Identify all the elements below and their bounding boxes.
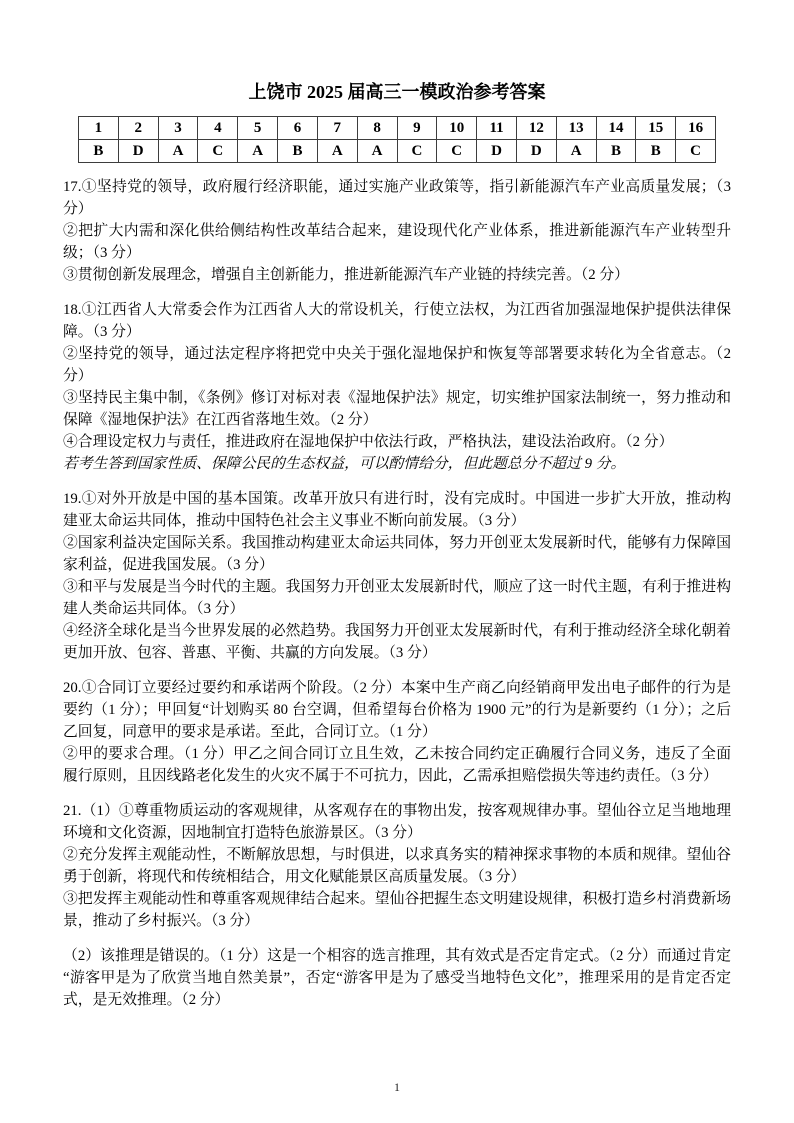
question-number-cell: 3 — [158, 117, 198, 140]
question-number-cell: 1 — [79, 117, 119, 140]
question-number-cell: 2 — [118, 117, 158, 140]
answer-cell: D — [118, 140, 158, 163]
question-number-cell: 6 — [278, 117, 318, 140]
answer-paragraph: 21.（1）①尊重物质运动的客观规律，从客观存在的事物出发，按客观规律办事。望仙… — [63, 800, 731, 844]
question-number-row: 1 2 3 4 5 6 7 8 9 10 11 12 13 14 15 16 — [79, 117, 716, 140]
answer-key-table: 1 2 3 4 5 6 7 8 9 10 11 12 13 14 15 16 — [78, 116, 716, 163]
answer-cell: A — [158, 140, 198, 163]
grading-note: 若考生答到国家性质、保障公民的生态权益，可以酌情给分，但此题总分不超过 9 分。 — [63, 453, 731, 475]
answer-paragraph: ④合理设定权力与责任，推进政府在湿地保护中依法行政，严格执法，建设法治政府。（2… — [63, 431, 731, 453]
question-number-cell: 9 — [397, 117, 437, 140]
answer-cell: B — [636, 140, 676, 163]
answer-cell: B — [278, 140, 318, 163]
answer-paragraph: （2）该推理是错误的。（1 分）这是一个相容的选言推理，其有效式是否定肯定式。（… — [63, 945, 731, 1011]
question-21-part1-answer: 21.（1）①尊重物质运动的客观规律，从客观存在的事物出发，按客观规律办事。望仙… — [63, 800, 731, 932]
answer-cell: C — [198, 140, 238, 163]
question-number-cell: 7 — [317, 117, 357, 140]
page-title: 上饶市 2025 届高三一模政治参考答案 — [63, 80, 731, 104]
answer-cell: C — [676, 140, 716, 163]
answer-paragraph: ②坚持党的领导，通过法定程序将把党中央关于强化湿地保护和恢复等部署要求转化为全省… — [63, 343, 731, 387]
answer-cell: A — [238, 140, 278, 163]
page-number: 1 — [0, 1080, 794, 1095]
question-number-cell: 4 — [198, 117, 238, 140]
question-number-cell: 11 — [477, 117, 517, 140]
question-number-cell: 5 — [238, 117, 278, 140]
answer-cell: A — [317, 140, 357, 163]
question-number-cell: 13 — [556, 117, 596, 140]
question-19-answer: 19.①对外开放是中国的基本国策。改革开放只有进行时，没有完成时。中国进一步扩大… — [63, 488, 731, 664]
page-content: 上饶市 2025 届高三一模政治参考答案 1 2 3 4 5 6 7 8 9 1… — [0, 0, 794, 1011]
question-number-cell: 15 — [636, 117, 676, 140]
answer-paragraph: 20.①合同订立要经过要约和承诺两个阶段。（2 分）本案中生产商乙向经销商甲发出… — [63, 677, 731, 743]
answer-paragraph: ③贯彻创新发展理念，增强自主创新能力，推进新能源汽车产业链的持续完善。（2 分） — [63, 264, 731, 286]
question-number-cell: 14 — [596, 117, 636, 140]
answer-letter-row: B D A C A B A A C C D D A B B C — [79, 140, 716, 163]
answer-paragraph: ④经济全球化是当今世界发展的必然趋势。我国努力开创亚太发展新时代，有利于推动经济… — [63, 620, 731, 664]
answer-cell: C — [437, 140, 477, 163]
answer-paragraph: ②把扩大内需和深化供给侧结构性改革结合起来，建设现代化产业体系，推进新能源汽车产… — [63, 220, 731, 264]
answer-cell: A — [357, 140, 397, 163]
document-page: 上饶市 2025 届高三一模政治参考答案 1 2 3 4 5 6 7 8 9 1… — [0, 0, 794, 1123]
question-20-answer: 20.①合同订立要经过要约和承诺两个阶段。（2 分）本案中生产商乙向经销商甲发出… — [63, 677, 731, 787]
answer-paragraph: ②国家利益决定国际关系。我国推动构建亚太命运共同体，努力开创亚太发展新时代，能够… — [63, 532, 731, 576]
answer-paragraph: 17.①坚持党的领导，政府履行经济职能，通过实施产业政策等，指引新能源汽车产业高… — [63, 176, 731, 220]
answer-paragraph: 19.①对外开放是中国的基本国策。改革开放只有进行时，没有完成时。中国进一步扩大… — [63, 488, 731, 532]
answer-paragraph: 18.①江西省人大常委会作为江西省人大的常设机关，行使立法权，为江西省加强湿地保… — [63, 299, 731, 343]
question-18-answer: 18.①江西省人大常委会作为江西省人大的常设机关，行使立法权，为江西省加强湿地保… — [63, 299, 731, 475]
answer-cell: A — [556, 140, 596, 163]
question-number-cell: 12 — [516, 117, 556, 140]
question-number-cell: 16 — [676, 117, 716, 140]
answer-cell: D — [477, 140, 517, 163]
answer-cell: B — [596, 140, 636, 163]
question-number-cell: 10 — [437, 117, 477, 140]
answer-paragraph: ②充分发挥主观能动性，不断解放思想，与时俱进，以求真务实的精神探求事物的本质和规… — [63, 844, 731, 888]
question-number-cell: 8 — [357, 117, 397, 140]
answer-paragraph: ②甲的要求合理。（1 分）甲乙之间合同订立且生效，乙未按合同约定正确履行合同义务… — [63, 743, 731, 787]
answer-cell: D — [516, 140, 556, 163]
answer-paragraph: ③坚持民主集中制，《条例》修订对标对表《湿地保护法》规定，切实维护国家法制统一，… — [63, 387, 731, 431]
answer-paragraph: ③把发挥主观能动性和尊重客观规律结合起来。望仙谷把握生态文明建设规律，积极打造乡… — [63, 888, 731, 932]
question-17-answer: 17.①坚持党的领导，政府履行经济职能，通过实施产业政策等，指引新能源汽车产业高… — [63, 176, 731, 286]
answer-cell: C — [397, 140, 437, 163]
answer-paragraph: ③和平与发展是当今时代的主题。我国努力开创亚太发展新时代，顺应了这一时代主题，有… — [63, 576, 731, 620]
question-21-part2-answer: （2）该推理是错误的。（1 分）这是一个相容的选言推理，其有效式是否定肯定式。（… — [63, 945, 731, 1011]
answer-cell: B — [79, 140, 119, 163]
